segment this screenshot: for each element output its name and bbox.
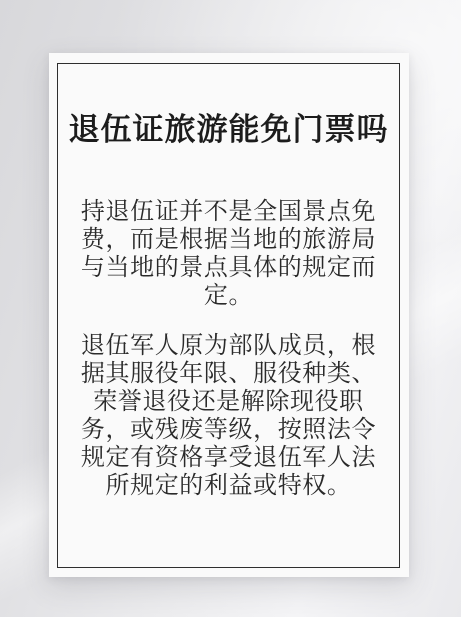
paragraph-1: 持退伍证并不是全国景点免 费，而是根据当地的旅游局 与当地的景点具体的规定而 定… — [68, 198, 389, 310]
text-line: 所规定的利益或特权。 — [68, 472, 389, 500]
page-background: 退伍证旅游能免门票吗 持退伍证并不是全国景点免 费，而是根据当地的旅游局 与当地… — [0, 0, 461, 617]
text-line: 与当地的景点具体的规定而 — [68, 254, 389, 282]
note-card: 退伍证旅游能免门票吗 持退伍证并不是全国景点免 费，而是根据当地的旅游局 与当地… — [49, 53, 409, 577]
text-line: 荣誉退役还是解除现役职 — [68, 388, 389, 416]
text-line: 定。 — [68, 282, 389, 310]
text-line: 务，或残废等级，按照法令 — [68, 416, 389, 444]
text-line: 费，而是根据当地的旅游局 — [68, 226, 389, 254]
text-line: 持退伍证并不是全国景点免 — [68, 198, 389, 226]
text-line: 退伍军人原为部队成员，根 — [68, 332, 389, 360]
card-border-frame: 退伍证旅游能免门票吗 持退伍证并不是全国景点免 费，而是根据当地的旅游局 与当地… — [57, 63, 400, 568]
card-title: 退伍证旅游能免门票吗 — [68, 110, 389, 150]
paragraph-2: 退伍军人原为部队成员，根 据其服役年限、服役种类、 荣誉退役还是解除现役职 务，… — [68, 332, 389, 500]
text-line: 规定有资格享受退伍军人法 — [68, 444, 389, 472]
text-line: 据其服役年限、服役种类、 — [68, 360, 389, 388]
